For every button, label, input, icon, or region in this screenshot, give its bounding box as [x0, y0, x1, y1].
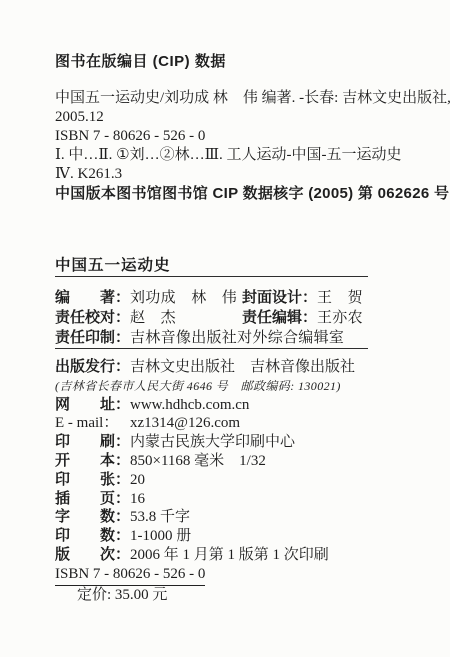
- print-run-label: 印 数：: [55, 527, 130, 546]
- publisher-address-note: (吉林省长春市人民大街 4646 号 邮政编码: 130021): [55, 377, 425, 396]
- sheets-value: 20: [130, 472, 145, 488]
- word-count-label: 字 数：: [55, 508, 130, 527]
- print-supervisor-value: 吉林音像出版社对外综合编辑室: [130, 330, 344, 346]
- publisher-row: 出版发行：吉林文史出版社 吉林音像出版社: [55, 358, 425, 377]
- publisher-label: 出版发行：: [55, 358, 130, 377]
- price-line: 定价: 35.00 元: [55, 586, 425, 605]
- printer-row: 印 刷：内蒙古民族大学印刷中心: [55, 433, 425, 452]
- cip-block: 图书在版编目 (CIP) 数据 中国五一运动史/刘功成 林 伟 编著. -长春:…: [55, 52, 425, 203]
- cover-design-label: 封面设计：: [242, 288, 317, 308]
- cip-year-line: 2005.12: [55, 108, 425, 127]
- cip-isbn-line: ISBN 7 - 80626 - 526 - 0: [55, 127, 425, 146]
- credits-row-editors: 责任校对：赵 杰责任编辑：王亦农: [55, 308, 415, 328]
- format-label: 开 本：: [55, 452, 130, 471]
- sheets-label: 印 张：: [55, 471, 130, 490]
- editor-value: 王亦农: [317, 310, 363, 326]
- inserts-label: 插 页：: [55, 490, 130, 509]
- edition-label: 版 次：: [55, 546, 130, 565]
- credits-row-authors: 编 著：刘功成 林 伟封面设计：王 贺: [55, 288, 415, 308]
- editor-label: 责任编辑：: [242, 308, 317, 328]
- credits-authors: 编 著：刘功成 林 伟: [55, 288, 242, 308]
- credits-proofreader: 责任校对：赵 杰: [55, 308, 242, 328]
- edition-value: 2006 年 1 月第 1 版第 1 次印刷: [130, 547, 329, 563]
- print-run-row: 印 数：1-1000 册: [55, 527, 425, 546]
- email-value: xz1314@126.com: [130, 415, 240, 431]
- divider-top: [55, 276, 368, 277]
- printer-label: 印 刷：: [55, 433, 130, 452]
- website-label: 网 址：: [55, 396, 130, 415]
- website-value: www.hdhcb.com.cn: [130, 397, 249, 413]
- print-run-value: 1-1000 册: [130, 528, 191, 544]
- isbn-line: ISBN 7 - 80626 - 526 - 0: [55, 565, 425, 586]
- divider-bottom: [55, 348, 368, 349]
- credits-row-printing: 责任印制：吉林音像出版社对外综合编辑室: [55, 328, 415, 348]
- format-value: 850×1168 毫米 1/32: [130, 453, 266, 469]
- print-supervisor-label: 责任印制：: [55, 328, 130, 348]
- cip-body: 中国五一运动史/刘功成 林 伟 编著. -长春: 吉林文史出版社, 2005.1…: [55, 89, 425, 203]
- publisher-value: 吉林文史出版社 吉林音像出版社: [130, 359, 355, 375]
- inserts-row: 插 页：16: [55, 490, 425, 509]
- inserts-value: 16: [130, 491, 145, 507]
- sheets-row: 印 张：20: [55, 471, 425, 490]
- cip-classification-line: Ⅰ. 中…Ⅱ. ①刘…②林…Ⅲ. 工人运动-中国-五一运动史: [55, 146, 425, 165]
- email-label: E - mail：: [55, 414, 130, 433]
- word-count-row: 字 数：53.8 千字: [55, 508, 425, 527]
- word-count-value: 53.8 千字: [130, 509, 190, 525]
- book-title: 中国五一运动史: [55, 253, 171, 275]
- format-row: 开 本：850×1168 毫米 1/32: [55, 452, 425, 471]
- cip-record-number: 中国版本图书馆图书馆 CIP 数据核字 (2005) 第 062626 号: [55, 184, 425, 203]
- proofreader-label: 责任校对：: [55, 308, 130, 328]
- email-row: E - mail：xz1314@126.com: [55, 414, 425, 433]
- website-row: 网 址：www.hdhcb.com.cn: [55, 396, 425, 415]
- book-copyright-page: 图书在版编目 (CIP) 数据 中国五一运动史/刘功成 林 伟 编著. -长春:…: [0, 0, 450, 657]
- isbn-underlined-text: ISBN 7 - 80626 - 526 - 0: [55, 565, 205, 586]
- authors-value: 刘功成 林 伟: [130, 290, 237, 306]
- authors-label: 编 著：: [55, 288, 130, 308]
- cover-design-value: 王 贺: [317, 290, 363, 306]
- edition-row: 版 次：2006 年 1 月第 1 版第 1 次印刷: [55, 546, 425, 565]
- proofreader-value: 赵 杰: [130, 310, 176, 326]
- colophon-block: 出版发行：吉林文史出版社 吉林音像出版社 (吉林省长春市人民大街 4646 号 …: [55, 358, 425, 604]
- cip-header: 图书在版编目 (CIP) 数据: [55, 52, 425, 71]
- cip-title-line: 中国五一运动史/刘功成 林 伟 编著. -长春: 吉林文史出版社,: [55, 89, 425, 108]
- cip-class-number-line: Ⅳ. K261.3: [55, 165, 425, 184]
- printer-value: 内蒙古民族大学印刷中心: [130, 434, 295, 450]
- credits-block: 编 著：刘功成 林 伟封面设计：王 贺 责任校对：赵 杰责任编辑：王亦农 责任印…: [55, 288, 415, 348]
